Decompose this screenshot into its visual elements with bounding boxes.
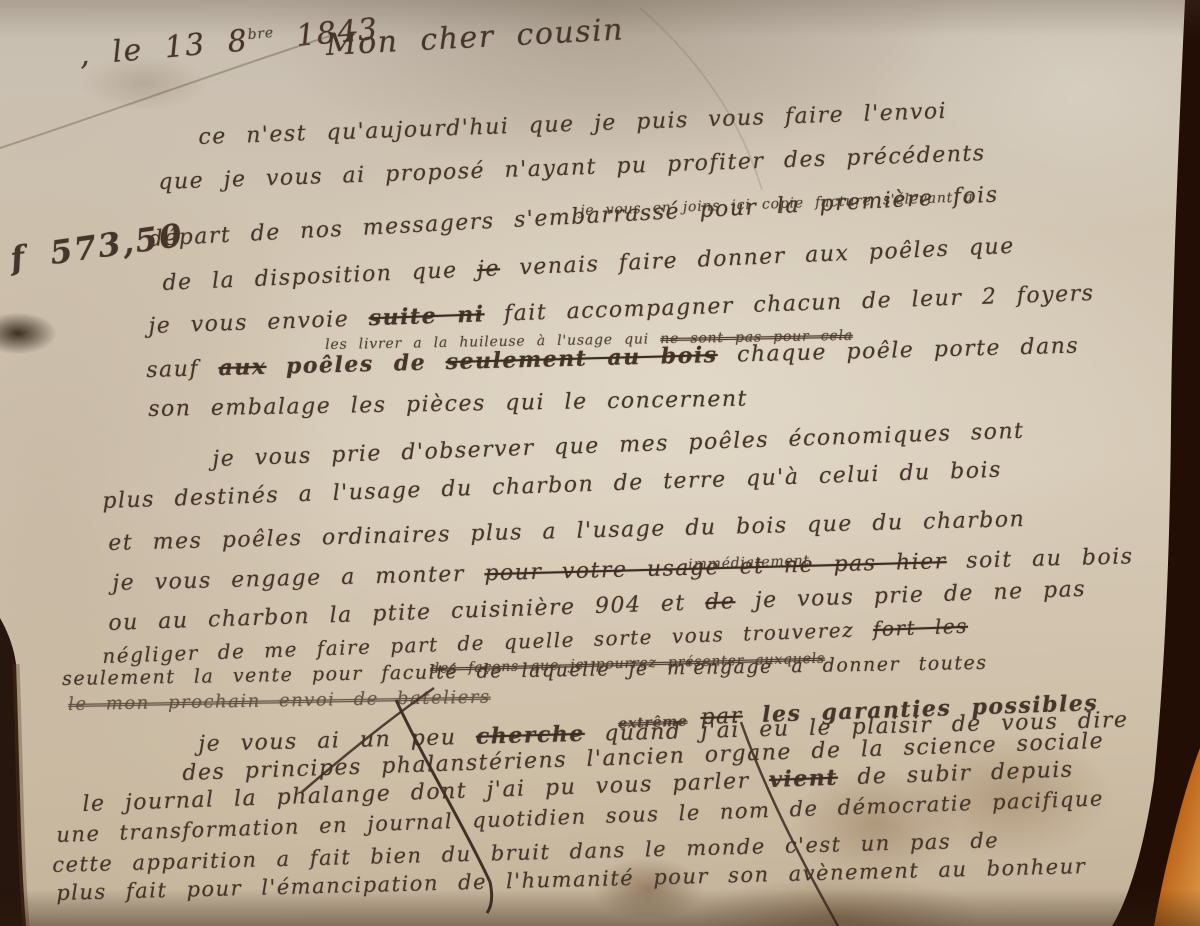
struck-text: de — [705, 589, 736, 615]
letter-line: que je vous ai proposé n'ayant pu profit… — [158, 141, 986, 195]
struck-text: je — [477, 256, 501, 282]
letter-line: et mes poêles ordinaires plus a l'usage … — [108, 507, 1026, 556]
wood-corner — [1154, 748, 1200, 926]
left-edge-shadow — [0, 618, 26, 926]
struck-text: suite ni — [368, 301, 485, 331]
letter-text: de quelle sorte vous trouverez — [457, 618, 855, 656]
letter-text: je vous envoie — [148, 307, 350, 339]
letter-photograph: , le 13 8bre 1843 Mon cher cousin f 573,… — [0, 0, 1200, 926]
letter-text: fait accompagner chacun de leur 2 foyers — [504, 281, 1095, 327]
struck-text: cherche — [476, 721, 586, 750]
struck-text: vient — [769, 765, 839, 793]
date-text: , le 13 8 — [78, 23, 250, 73]
letter-text: sauf — [146, 357, 199, 383]
struck-text: fort les — [873, 614, 969, 641]
letter-text: de subir depuis — [857, 757, 1074, 790]
letter-text: soit au bois — [966, 544, 1134, 573]
letter-text: je vous engage a monter — [112, 562, 465, 596]
struck-text: pour votre usage et ne pas hier — [484, 549, 947, 586]
left-edge-fringe — [16, 664, 26, 926]
struck-text: aux — [218, 354, 267, 381]
struck-line: le mon prochain envoi de bateliers — [68, 687, 491, 715]
letter-text: poêles de — [286, 350, 427, 380]
letter-text: de la disposition que — [162, 258, 458, 296]
letter-text: venais faire donner aux poêles que — [519, 234, 1015, 281]
letter-text: je vous prie de ne pas — [754, 577, 1086, 614]
date-superscript: bre — [247, 25, 275, 43]
letter-line: son embalage les pièces qui le concernen… — [148, 387, 748, 422]
letter-line: ce n'est qu'aujourd'hui que je puis vous… — [198, 99, 948, 150]
right-edge-shadow — [1112, 0, 1200, 926]
